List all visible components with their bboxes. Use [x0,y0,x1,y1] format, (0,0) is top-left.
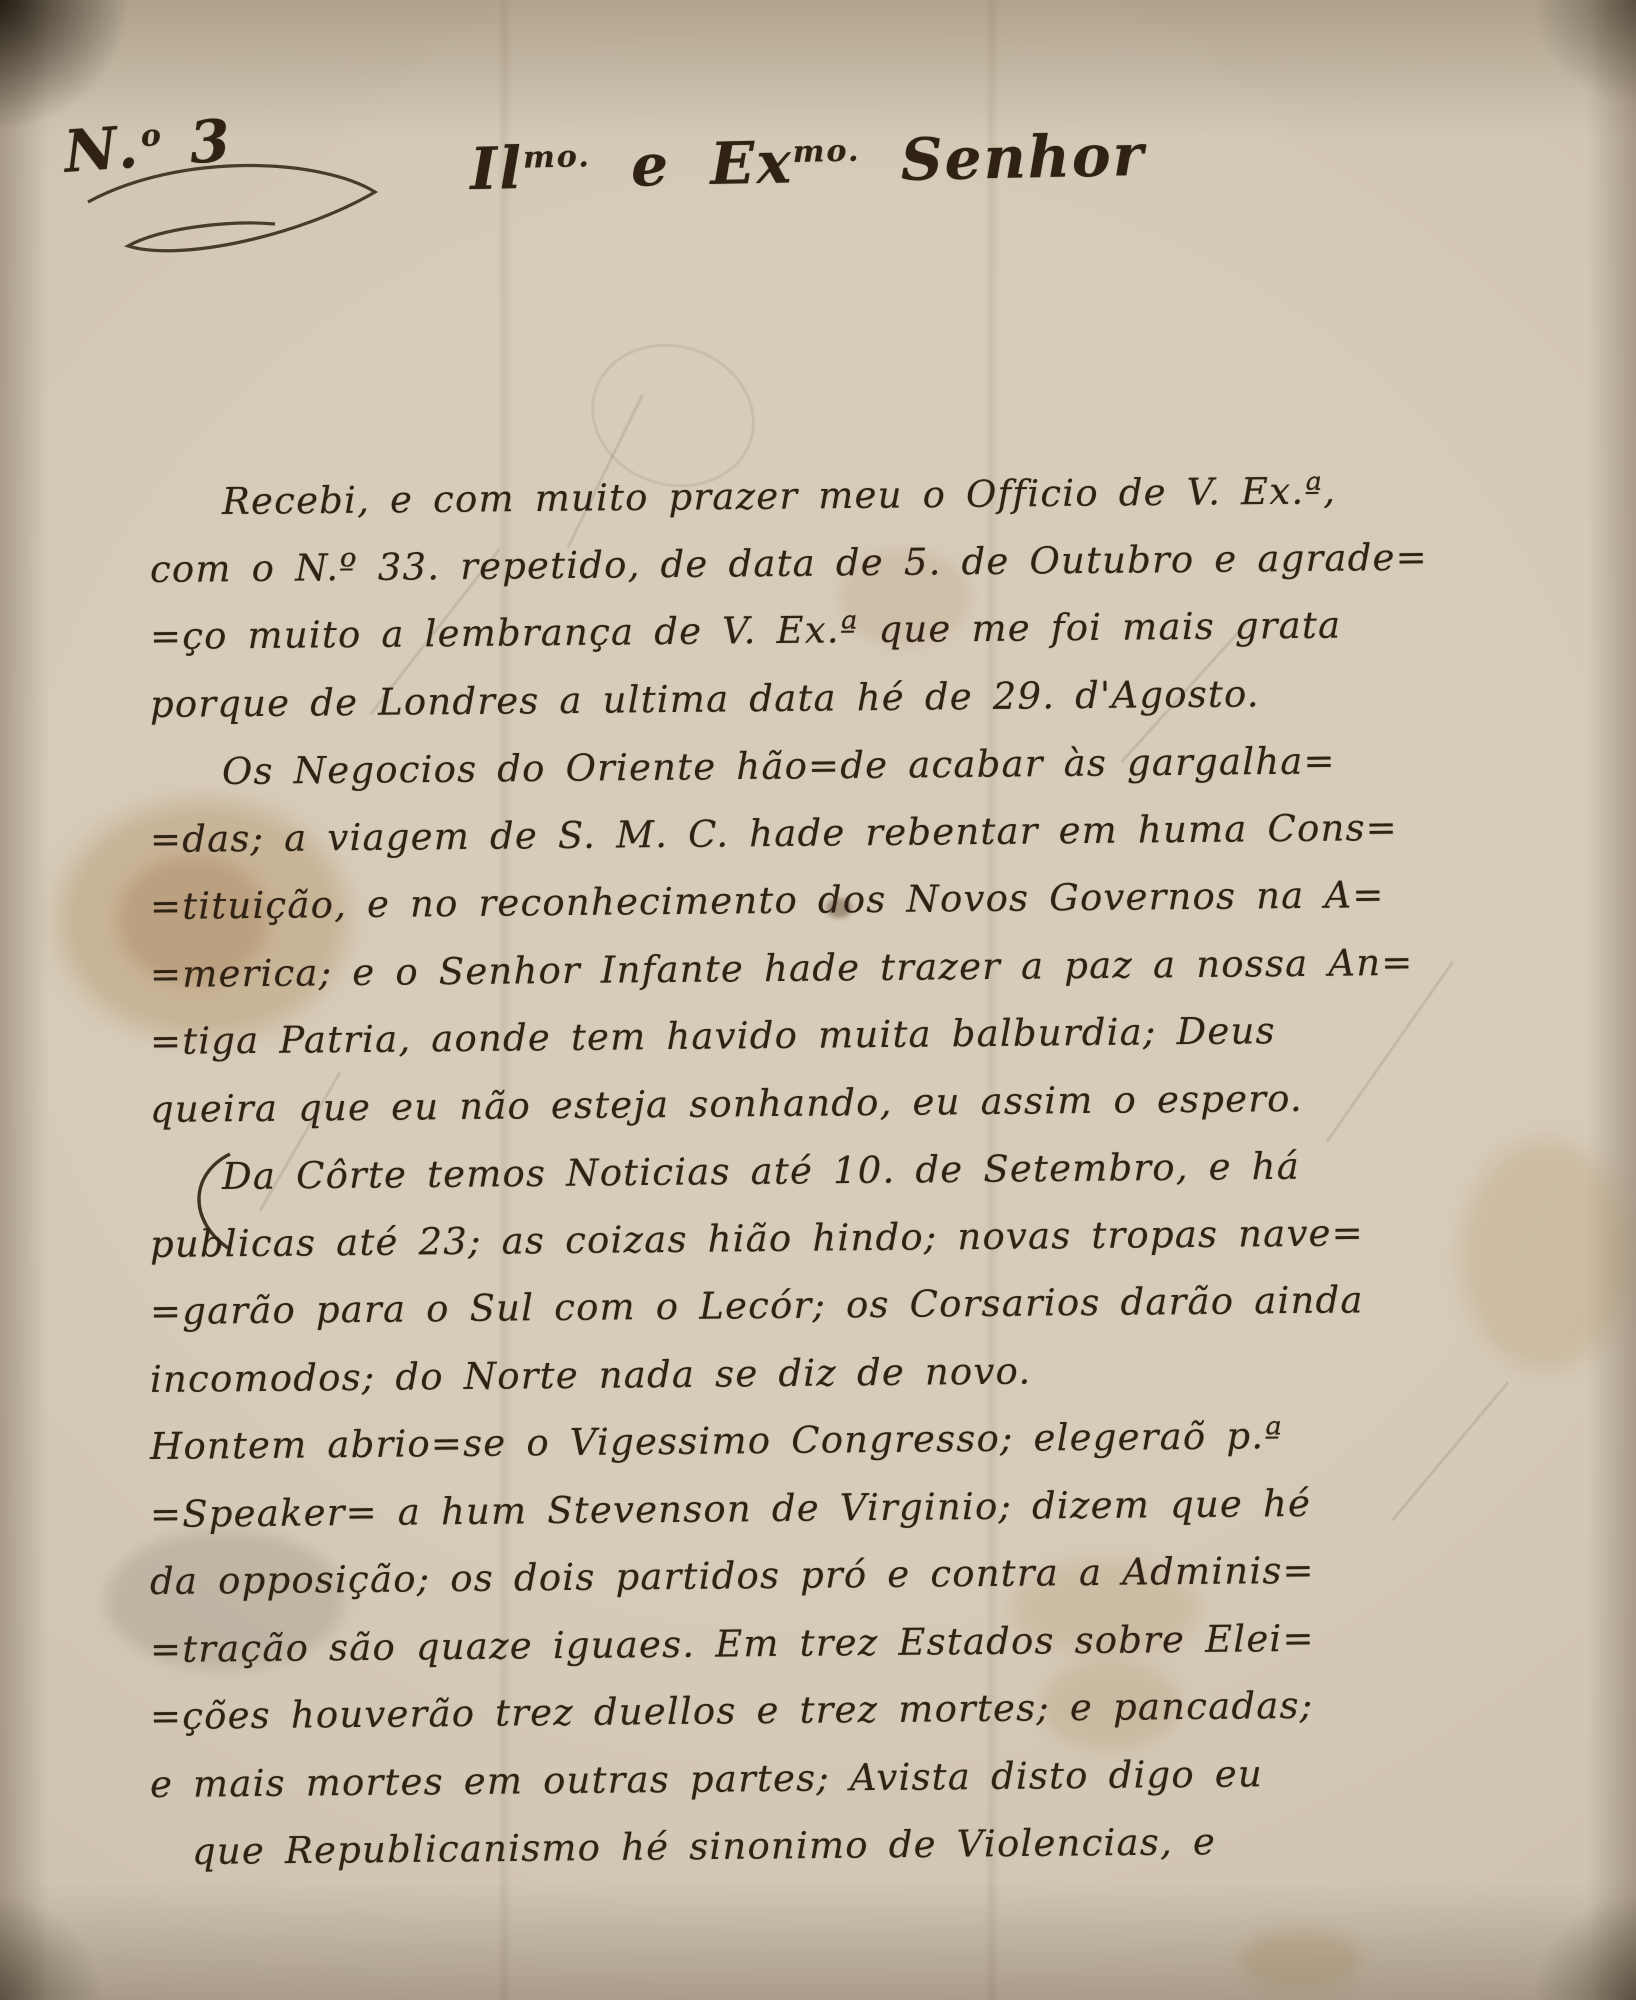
salutation-part: Il [469,134,524,203]
salutation-part: Senhor [860,121,1146,195]
manuscript-letter-photo: N.o 3 Ilmo. e Exmo. Senhor Recebi, e com… [0,0,1636,2000]
manuscript-line: Recebi, e com muito prazer meu o Officio… [222,455,1551,535]
manuscript-line: =tiga Patria, aonde tem havido muita bal… [150,995,1551,1076]
document-number: N.o 3 [62,106,236,186]
manuscript-line: =garão para o Sul com o Lecór; os Corsar… [150,1265,1551,1346]
letter-body: Recebi, e com muito prazer meu o Officio… [150,468,1550,1886]
salutation-superscript: mo. [523,139,591,175]
number-ordinal: o [140,118,166,155]
manuscript-line: =ções houverão trez duellos e trez morte… [150,1670,1551,1751]
manuscript-line: Hontem abrio=se o Vigessimo Congresso; e… [150,1400,1551,1481]
number-prefix: N. [62,113,144,186]
manuscript-line: queira que eu não esteja sonhando, eu as… [150,1062,1551,1143]
manuscript-line: Os Negocios do Oriente hão=de acabar às … [222,725,1551,805]
salutation-part: e Ex [590,128,793,200]
manuscript-line: e mais mortes em outras partes; Avista d… [150,1737,1551,1818]
salutation-superscript: mo. [792,134,860,170]
manuscript-line: =tituição, e no reconhecimento dos Novos… [150,860,1551,941]
manuscript-line: =ço muito a lembrança de V. Ex.ª que me … [150,590,1551,671]
manuscript-line: da opposição; os dois partidos pró e con… [150,1535,1551,1616]
manuscript-line: Da Côrte temos Noticias até 10. de Setem… [222,1130,1551,1210]
salutation: Ilmo. e Exmo. Senhor [469,121,1145,203]
manuscript-line: porque de Londres a ultima data hé de 29… [150,657,1551,738]
manuscript-line: que Republicanismo hé sinonimo de Violen… [192,1805,1551,1886]
number-digit: 3 [187,106,236,177]
